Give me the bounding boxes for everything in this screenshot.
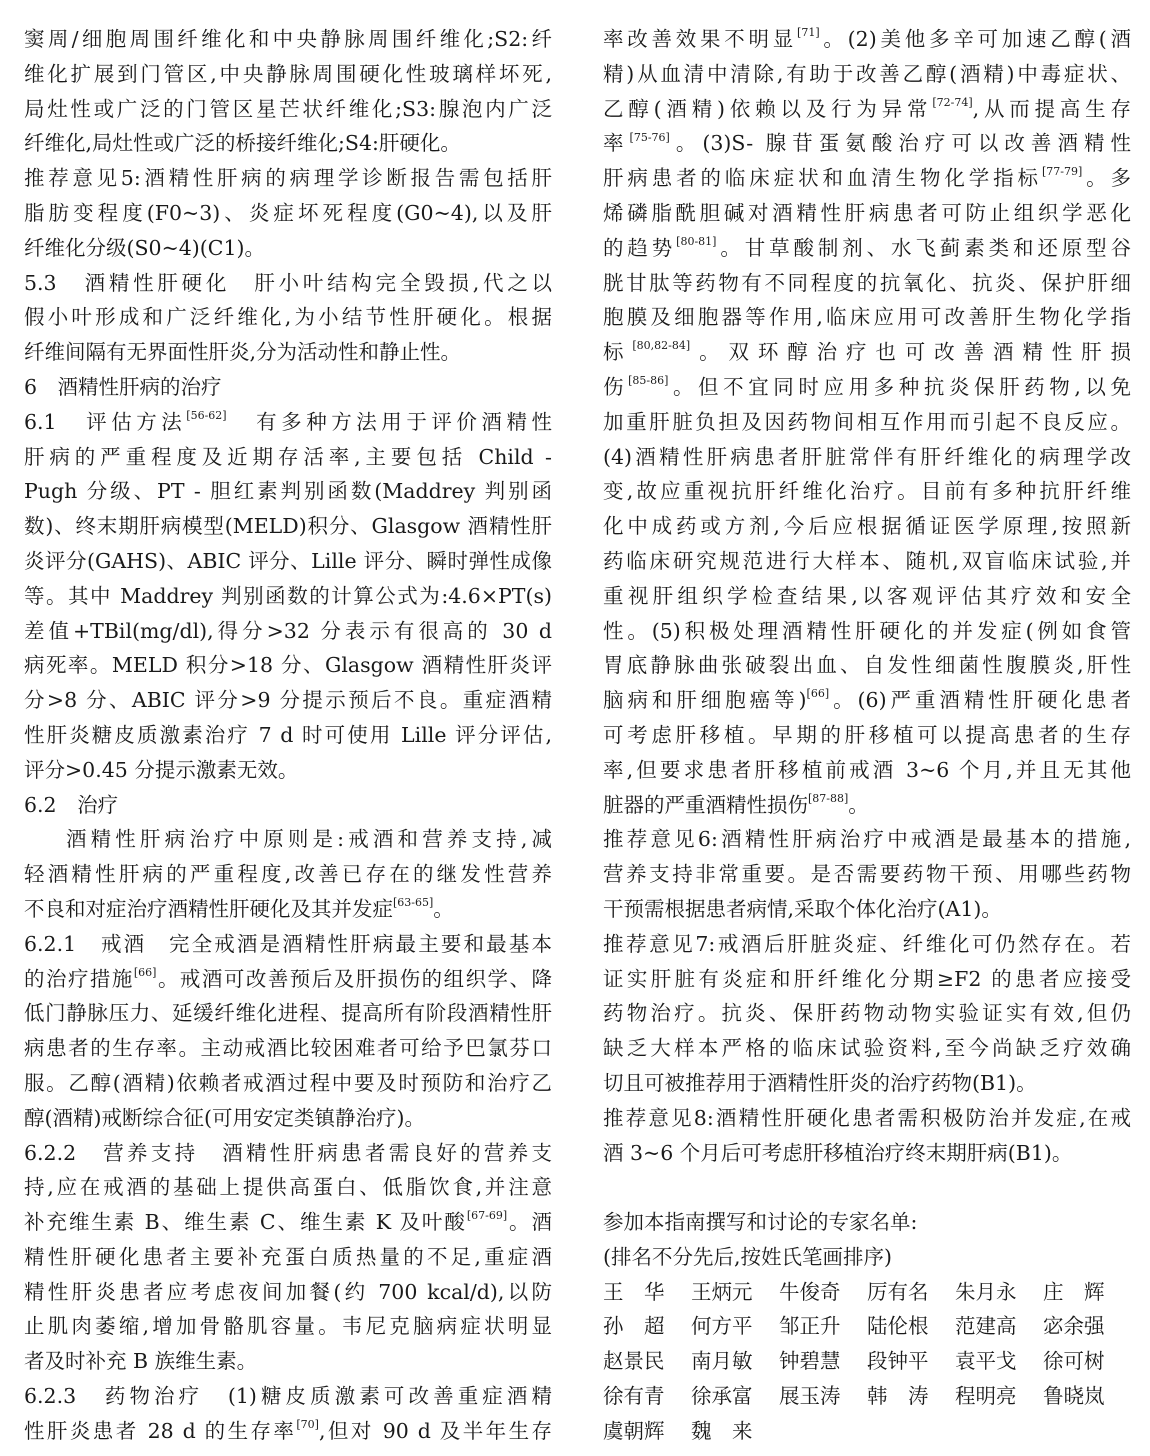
- citation-ref: [85-86]: [628, 374, 668, 387]
- line-text: 药物治疗。抗炎、保肝药物动物实验证实有效,但仍: [603, 1001, 1131, 1025]
- expert-name: 南月敏: [691, 1344, 779, 1379]
- line-text: 数)、终末期肝病模型(MELD)积分、Glasgow 酒精性肝: [24, 514, 552, 538]
- line-text-continued: ,从而提高生存: [973, 97, 1131, 121]
- line-text: 胱甘肽等药物有不同程度的抗氧化、抗炎、保护肝细: [603, 271, 1131, 295]
- line-text: 不良和对症治疗酒精性肝硬化及其并发症: [24, 897, 393, 921]
- line-text: 推荐意见6:酒精性肝病治疗中戒酒是最基本的措施,: [603, 827, 1131, 851]
- expert-name: 孙 超: [603, 1309, 691, 1344]
- line-text: 窦周/细胞周围纤维化和中央静脉周围纤维化;S2:纤: [24, 27, 552, 51]
- text-line: 酒精性肝病治疗中原则是:戒酒和营养支持,减: [24, 822, 552, 857]
- text-line: 6.2.1 戒酒 完全戒酒是酒精性肝病最主要和最基本: [24, 927, 552, 962]
- text-line: 药临床研究规范进行大样本、随机,双盲临床试验,并: [603, 544, 1131, 579]
- line-text: 标: [603, 340, 632, 364]
- line-text-continued: 。(3)S- 腺苷蛋氨酸治疗可以改善酒精性: [670, 131, 1131, 155]
- citation-ref: [77-79]: [1042, 165, 1082, 178]
- text-line: 精)从血清中清除,有助于改善乙醇(酒精)中毒症状、: [603, 57, 1131, 92]
- line-text: 干预需根据患者病情,采取个体化治疗(A1)。: [603, 897, 1002, 921]
- text-line: 精性肝炎患者应考虑夜间加餐(约 700 kcal/d),以防: [24, 1275, 552, 1310]
- line-text-continued: ,但对 90 d 及半年生存: [319, 1419, 552, 1443]
- text-line: 评分>0.45 分提示激素无效。: [24, 753, 552, 788]
- text-line: 重视肝组织学检查结果,以客观评估其疗效和安全: [603, 579, 1131, 614]
- text-line: 乙醇(酒精)依赖以及行为异常[72-74],从而提高生存: [603, 92, 1131, 127]
- text-line: 精性肝硬化患者主要补充蛋白质热量的不足,重症酒: [24, 1240, 552, 1275]
- experts-heading: 参加本指南撰写和讨论的专家名单:: [603, 1205, 1131, 1240]
- line-text-continued: 。: [848, 793, 869, 817]
- expert-name: 范建高: [955, 1309, 1043, 1344]
- text-line: 6.2 治疗: [24, 788, 552, 823]
- expert-name: 魏 来: [691, 1414, 779, 1449]
- text-line: 的趋势[80-81]。甘草酸制剂、水飞蓟素类和还原型谷: [603, 231, 1131, 266]
- line-text-continued: 。多: [1082, 166, 1131, 190]
- expert-name: 厉有名: [867, 1275, 955, 1310]
- text-line: 6 酒精性肝病的治疗: [24, 370, 552, 405]
- line-text: 止肌肉萎缩,增加骨骼肌容量。韦尼克脑病症状明显: [24, 1314, 552, 1338]
- citation-ref: [63-65]: [393, 896, 433, 909]
- citation-ref: [66]: [807, 687, 830, 700]
- line-text: 纤维化,局灶性或广泛的桥接纤维化;S4:肝硬化。: [24, 131, 461, 155]
- text-line: 酒 3~6 个月后可考虑肝移植治疗终末期肝病(B1)。: [603, 1136, 1131, 1171]
- expert-name: 庄 辉: [1043, 1275, 1131, 1310]
- line-text: 的治疗措施: [24, 967, 134, 991]
- text-line: 药物治疗。抗炎、保肝药物动物实验证实有效,但仍: [603, 996, 1131, 1031]
- text-line: 标[80,82-84]。双环醇治疗也可改善酒精性肝损: [603, 335, 1131, 370]
- line-text: 病死率。MELD 积分>18 分、Glasgow 酒精性肝炎评: [24, 653, 552, 677]
- text-line: 6.2.2 营养支持 酒精性肝病患者需良好的营养支: [24, 1136, 552, 1171]
- line-text: 局灶性或广泛的门管区星芒状纤维化;S3:腺泡内广泛: [24, 97, 552, 121]
- expert-name: 鲁晓岚: [1043, 1379, 1131, 1414]
- line-text: 性。(5)积极处理酒精性肝硬化的并发症(例如食管: [603, 619, 1131, 643]
- text-line: 推荐意见5:酒精性肝病的病理学诊断报告需包括肝: [24, 161, 552, 196]
- line-text-continued: 。(6)严重酒精性肝硬化患者: [829, 688, 1131, 712]
- text-line: 证实肝脏有炎症和肝纤维化分期≥F2 的患者应接受: [603, 962, 1131, 997]
- text-line: 性。(5)积极处理酒精性肝硬化的并发症(例如食管: [603, 614, 1131, 649]
- experts-name-list: 王 华王炳元牛俊奇厉有名朱月永庄 辉孙 超何方平邹正升陆伦根范建高宓余强赵景民南…: [603, 1275, 1131, 1449]
- line-text: 维化扩展到门管区,中央静脉周围硬化性玻璃样坏死,: [24, 62, 552, 86]
- text-line: 肝病的严重程度及近期存活率,主要包括 Child -: [24, 440, 552, 475]
- text-line: 脂肪变程度(F0~3)、炎症坏死程度(G0~4),以及肝: [24, 196, 552, 231]
- citation-ref: [71]: [797, 26, 820, 39]
- citation-ref: [80,82-84]: [632, 339, 690, 352]
- line-text: 烯磷脂酰胆碱对酒精性肝病患者可防止组织学恶化: [603, 201, 1131, 225]
- text-line: 窦周/细胞周围纤维化和中央静脉周围纤维化;S2:纤: [24, 22, 552, 57]
- expert-name: 牛俊奇: [779, 1275, 867, 1310]
- line-text-continued: 。双环醇治疗也可改善酒精性肝损: [690, 340, 1131, 364]
- text-line: 纤维化分级(S0~4)(C1)。: [24, 231, 552, 266]
- line-text: 脑病和肝细胞癌等): [603, 688, 807, 712]
- text-line: 推荐意见7:戒酒后肝脏炎症、纤维化可仍然存在。若: [603, 927, 1131, 962]
- text-line: 干预需根据患者病情,采取个体化治疗(A1)。: [603, 892, 1131, 927]
- line-text-continued: 。(2)美他多辛可加速乙醇(酒: [820, 27, 1131, 51]
- line-text: 缺乏大样本严格的临床试验资料,至今尚缺乏疗效确: [603, 1036, 1131, 1060]
- line-text: 伤: [603, 375, 628, 399]
- line-text: 补充维生素 B、维生素 C、维生素 K 及叶酸: [24, 1210, 467, 1234]
- line-text-continued: 。但不宜同时应用多种抗炎保肝药物,以免: [668, 375, 1131, 399]
- line-text: 服。乙醇(酒精)依赖者戒酒过程中要及时预防和治疗乙: [24, 1071, 552, 1095]
- line-text: 变,故应重视抗肝纤维化治疗。目前有多种抗肝纤维: [603, 479, 1131, 503]
- line-text: 可考虑肝移植。早期的肝移植可以提高患者的生存: [603, 723, 1131, 747]
- line-text: 率,但要求患者肝移植前戒酒 3~6 个月,并且无其他: [603, 758, 1131, 782]
- expert-name: 徐承富: [691, 1379, 779, 1414]
- text-line: 6.2.3 药物治疗 (1)糖皮质激素可改善重症酒精: [24, 1379, 552, 1414]
- text-line: 服。乙醇(酒精)依赖者戒酒过程中要及时预防和治疗乙: [24, 1066, 552, 1101]
- expert-name: 段钟平: [867, 1344, 955, 1379]
- line-text: 肝病患者的临床症状和血清生物化学指标: [603, 166, 1042, 190]
- text-line: 化中成药或方剂,今后应根据循证医学原理,按照新: [603, 509, 1131, 544]
- text-line: Pugh 分级、PT - 胆红素判别函数(Maddrey 判别函: [24, 474, 552, 509]
- line-text: 率改善效果不明显: [603, 27, 797, 51]
- line-text: 精性肝炎患者应考虑夜间加餐(约 700 kcal/d),以防: [24, 1280, 552, 1304]
- text-line: 推荐意见6:酒精性肝病治疗中戒酒是最基本的措施,: [603, 822, 1131, 857]
- expert-name: 宓余强: [1043, 1309, 1131, 1344]
- text-line: 胱甘肽等药物有不同程度的抗氧化、抗炎、保护肝细: [603, 266, 1131, 301]
- text-line: 局灶性或广泛的门管区星芒状纤维化;S3:腺泡内广泛: [24, 92, 552, 127]
- text-line: 纤维间隔有无界面性肝炎,分为活动性和静止性。: [24, 335, 552, 370]
- citation-ref: [87-88]: [808, 792, 848, 805]
- citation-ref: [75-76]: [630, 131, 670, 144]
- citation-ref: [66]: [134, 966, 157, 979]
- expert-name: 程明亮: [955, 1379, 1043, 1414]
- text-line: 不良和对症治疗酒精性肝硬化及其并发症[63-65]。: [24, 892, 552, 927]
- text-line: 醇(酒精)戒断综合征(可用安定类镇静治疗)。: [24, 1101, 552, 1136]
- expert-name: 展玉涛: [779, 1379, 867, 1414]
- line-text: 6.2.1 戒酒 完全戒酒是酒精性肝病最主要和最基本: [24, 932, 552, 956]
- line-text: 脏器的严重酒精性损伤: [603, 793, 808, 817]
- line-text: 分>8 分、ABIC 评分>9 分提示预后不良。重症酒精: [24, 688, 552, 712]
- text-line: 切且可被推荐用于酒精性肝炎的治疗药物(B1)。: [603, 1066, 1131, 1101]
- citation-ref: [70]: [296, 1418, 319, 1431]
- line-text: 者及时补充 B 族维生素。: [24, 1349, 257, 1373]
- line-text: 酒 3~6 个月后可考虑肝移植治疗终末期肝病(B1)。: [603, 1141, 1072, 1165]
- line-text: 5.3 酒精性肝硬化 肝小叶结构完全毁损,代之以: [24, 271, 552, 295]
- line-text: 率: [603, 131, 630, 155]
- expert-name: 何方平: [691, 1309, 779, 1344]
- line-text-continued: 有多种方法用于评价酒精性: [227, 410, 552, 434]
- line-text: 推荐意见5:酒精性肝病的病理学诊断报告需包括肝: [24, 166, 552, 190]
- line-text: 化中成药或方剂,今后应根据循证医学原理,按照新: [603, 514, 1131, 538]
- line-text: (4)酒精性肝病患者肝脏常伴有肝纤维化的病理学改: [603, 445, 1131, 469]
- line-text: 推荐意见8:酒精性肝硬化患者需积极防治并发症,在戒: [603, 1106, 1131, 1130]
- line-text: 药临床研究规范进行大样本、随机,双盲临床试验,并: [603, 549, 1131, 573]
- line-text: 炎评分(GAHS)、ABIC 评分、Lille 评分、瞬时弹性成像: [24, 549, 552, 573]
- citation-ref: [72-74]: [932, 96, 972, 109]
- experts-note: (排名不分先后,按姓氏笔画排序): [603, 1240, 1131, 1275]
- line-text-continued: 。甘草酸制剂、水飞蓟素类和还原型谷: [716, 236, 1131, 260]
- expert-name: 王炳元: [691, 1275, 779, 1310]
- line-text: 差值+TBil(mg/dl),得分>32 分表示有很高的 30 d: [24, 619, 552, 643]
- text-line: 病死率。MELD 积分>18 分、Glasgow 酒精性肝炎评: [24, 648, 552, 683]
- line-text: 营养支持非常重要。是否需要药物干预、用哪些药物: [603, 862, 1131, 886]
- line-text: 醇(酒精)戒断综合征(可用安定类镇静治疗)。: [24, 1106, 425, 1130]
- right-column: 率改善效果不明显[71]。(2)美他多辛可加速乙醇(酒精)从血清中清除,有助于改…: [603, 22, 1131, 1449]
- text-line: (4)酒精性肝病患者肝脏常伴有肝纤维化的病理学改: [603, 440, 1131, 475]
- line-text: 切且可被推荐用于酒精性肝炎的治疗药物(B1)。: [603, 1071, 1037, 1095]
- expert-name: 王 华: [603, 1275, 691, 1310]
- line-text-continued: 。戒酒可改善预后及肝损伤的组织学、降: [156, 967, 552, 991]
- text-line: 假小叶形成和广泛纤维化,为小结节性肝硬化。根据: [24, 300, 552, 335]
- text-line: 纤维化,局灶性或广泛的桥接纤维化;S4:肝硬化。: [24, 126, 552, 161]
- line-text: 脂肪变程度(F0~3)、炎症坏死程度(G0~4),以及肝: [24, 201, 552, 225]
- text-line: 肝病患者的临床症状和血清生物化学指标[77-79]。多: [603, 161, 1131, 196]
- line-text: 推荐意见7:戒酒后肝脏炎症、纤维化可仍然存在。若: [603, 932, 1131, 956]
- line-text: 6.1 评估方法: [24, 410, 186, 434]
- text-line: 数)、终末期肝病模型(MELD)积分、Glasgow 酒精性肝: [24, 509, 552, 544]
- expert-name: 虞朝辉: [603, 1414, 691, 1449]
- left-column: 窦周/细胞周围纤维化和中央静脉周围纤维化;S2:纤维化扩展到门管区,中央静脉周围…: [24, 22, 552, 1449]
- text-line: 炎评分(GAHS)、ABIC 评分、Lille 评分、瞬时弹性成像: [24, 544, 552, 579]
- text-line: 等。其中 Maddrey 判别函数的计算公式为:4.6×PT(s): [24, 579, 552, 614]
- right-column-body: 率改善效果不明显[71]。(2)美他多辛可加速乙醇(酒精)从血清中清除,有助于改…: [603, 22, 1131, 1170]
- text-line: 轻酒精性肝病的严重程度,改善已存在的继发性营养: [24, 857, 552, 892]
- text-line: 缺乏大样本严格的临床试验资料,至今尚缺乏疗效确: [603, 1031, 1131, 1066]
- text-line: 差值+TBil(mg/dl),得分>32 分表示有很高的 30 d: [24, 614, 552, 649]
- text-line: 补充维生素 B、维生素 C、维生素 K 及叶酸[67-69]。酒: [24, 1205, 552, 1240]
- text-line: 率,但要求患者肝移植前戒酒 3~6 个月,并且无其他: [603, 753, 1131, 788]
- text-line: 脏器的严重酒精性损伤[87-88]。: [603, 788, 1131, 823]
- expert-name: 韩 涛: [867, 1379, 955, 1414]
- line-text: 6.2 治疗: [24, 793, 118, 817]
- text-line: 止肌肉萎缩,增加骨骼肌容量。韦尼克脑病症状明显: [24, 1309, 552, 1344]
- line-text: 胞膜及细胞器等作用,临床应用可改善肝生物化学指: [603, 305, 1131, 329]
- expert-name: 徐可树: [1043, 1344, 1131, 1379]
- line-text: 胃底静脉曲张破裂出血、自发性细菌性腹膜炎,肝性: [603, 653, 1131, 677]
- line-text: 轻酒精性肝病的严重程度,改善已存在的继发性营养: [24, 862, 552, 886]
- expert-name: 袁平戈: [955, 1344, 1043, 1379]
- expert-name: 赵景民: [603, 1344, 691, 1379]
- text-line: 6.1 评估方法[56-62] 有多种方法用于评价酒精性: [24, 405, 552, 440]
- line-text: Pugh 分级、PT - 胆红素判别函数(Maddrey 判别函: [24, 479, 552, 503]
- line-text: 持,应在戒酒的基础上提供高蛋白、低脂饮食,并注意: [24, 1175, 552, 1199]
- line-text: 纤维化分级(S0~4)(C1)。: [24, 236, 265, 260]
- text-line: 的治疗措施[66]。戒酒可改善预后及肝损伤的组织学、降: [24, 962, 552, 997]
- expert-name: 钟碧慧: [779, 1344, 867, 1379]
- expert-name: 徐有青: [603, 1379, 691, 1414]
- line-text: 证实肝脏有炎症和肝纤维化分期≥F2 的患者应接受: [603, 967, 1131, 991]
- text-line: 率改善效果不明显[71]。(2)美他多辛可加速乙醇(酒: [603, 22, 1131, 57]
- text-line: 变,故应重视抗肝纤维化治疗。目前有多种抗肝纤维: [603, 474, 1131, 509]
- text-line: 可考虑肝移植。早期的肝移植可以提高患者的生存: [603, 718, 1131, 753]
- text-line: 率[75-76]。(3)S- 腺苷蛋氨酸治疗可以改善酒精性: [603, 126, 1131, 161]
- line-text-continued: 。: [433, 897, 454, 921]
- text-line: 维化扩展到门管区,中央静脉周围硬化性玻璃样坏死,: [24, 57, 552, 92]
- text-line: 烯磷脂酰胆碱对酒精性肝病患者可防止组织学恶化: [603, 196, 1131, 231]
- expert-name: 朱月永: [955, 1275, 1043, 1310]
- text-line: 脑病和肝细胞癌等)[66]。(6)严重酒精性肝硬化患者: [603, 683, 1131, 718]
- line-text: 乙醇(酒精)依赖以及行为异常: [603, 97, 932, 121]
- blank-line: [603, 1170, 1131, 1205]
- text-line: 性肝炎糖皮质激素治疗 7 d 时可使用 Lille 评分评估,: [24, 718, 552, 753]
- expert-name: 陆伦根: [867, 1309, 955, 1344]
- text-line: 胞膜及细胞器等作用,临床应用可改善肝生物化学指: [603, 300, 1131, 335]
- line-text: 病患者的生存率。主动戒酒比较困难者可给予巴氯芬口: [24, 1036, 552, 1060]
- line-text: 评分>0.45 分提示激素无效。: [24, 758, 298, 782]
- line-text: 加重肝脏负担及因药物间相互作用而引起不良反应。: [603, 410, 1131, 434]
- line-text: 重视肝组织学检查结果,以客观评估其疗效和安全: [603, 584, 1131, 608]
- line-text: 性肝炎糖皮质激素治疗 7 d 时可使用 Lille 评分评估,: [24, 723, 552, 747]
- line-text: 低门静脉压力、延缓纤维化进程、提高所有阶段酒精性肝: [24, 1001, 552, 1025]
- expert-name: 邹正升: [779, 1309, 867, 1344]
- line-text: 纤维间隔有无界面性肝炎,分为活动性和静止性。: [24, 340, 461, 364]
- text-line: 病患者的生存率。主动戒酒比较困难者可给予巴氯芬口: [24, 1031, 552, 1066]
- text-line: 5.3 酒精性肝硬化 肝小叶结构完全毁损,代之以: [24, 266, 552, 301]
- citation-ref: [67-69]: [467, 1209, 507, 1222]
- text-line: 分>8 分、ABIC 评分>9 分提示预后不良。重症酒精: [24, 683, 552, 718]
- text-line: 者及时补充 B 族维生素。: [24, 1344, 552, 1379]
- line-text: 6.2.3 药物治疗 (1)糖皮质激素可改善重症酒精: [24, 1384, 552, 1408]
- text-line: 性肝炎患者 28 d 的生存率[70],但对 90 d 及半年生存: [24, 1414, 552, 1449]
- citation-ref: [56-62]: [186, 409, 226, 422]
- line-text: 的趋势: [603, 236, 676, 260]
- line-text: 性肝炎患者 28 d 的生存率: [24, 1419, 296, 1443]
- line-text: 6 酒精性肝病的治疗: [24, 375, 222, 399]
- text-line: 胃底静脉曲张破裂出血、自发性细菌性腹膜炎,肝性: [603, 648, 1131, 683]
- text-line: 伤[85-86]。但不宜同时应用多种抗炎保肝药物,以免: [603, 370, 1131, 405]
- line-text: 精性肝硬化患者主要补充蛋白质热量的不足,重症酒: [24, 1245, 552, 1269]
- line-text: 假小叶形成和广泛纤维化,为小结节性肝硬化。根据: [24, 305, 552, 329]
- citation-ref: [80-81]: [676, 235, 716, 248]
- text-line: 推荐意见8:酒精性肝硬化患者需积极防治并发症,在戒: [603, 1101, 1131, 1136]
- line-text: 6.2.2 营养支持 酒精性肝病患者需良好的营养支: [24, 1141, 552, 1165]
- line-text: 精)从血清中清除,有助于改善乙醇(酒精)中毒症状、: [603, 62, 1131, 86]
- line-text: 酒精性肝病治疗中原则是:戒酒和营养支持,减: [66, 827, 552, 851]
- line-text: 肝病的严重程度及近期存活率,主要包括 Child -: [24, 445, 552, 469]
- text-line: 加重肝脏负担及因药物间相互作用而引起不良反应。: [603, 405, 1131, 440]
- line-text-continued: 。酒: [507, 1210, 552, 1234]
- line-text: 等。其中 Maddrey 判别函数的计算公式为:4.6×PT(s): [24, 584, 552, 608]
- text-line: 持,应在戒酒的基础上提供高蛋白、低脂饮食,并注意: [24, 1170, 552, 1205]
- text-line: 低门静脉压力、延缓纤维化进程、提高所有阶段酒精性肝: [24, 996, 552, 1031]
- text-line: 营养支持非常重要。是否需要药物干预、用哪些药物: [603, 857, 1131, 892]
